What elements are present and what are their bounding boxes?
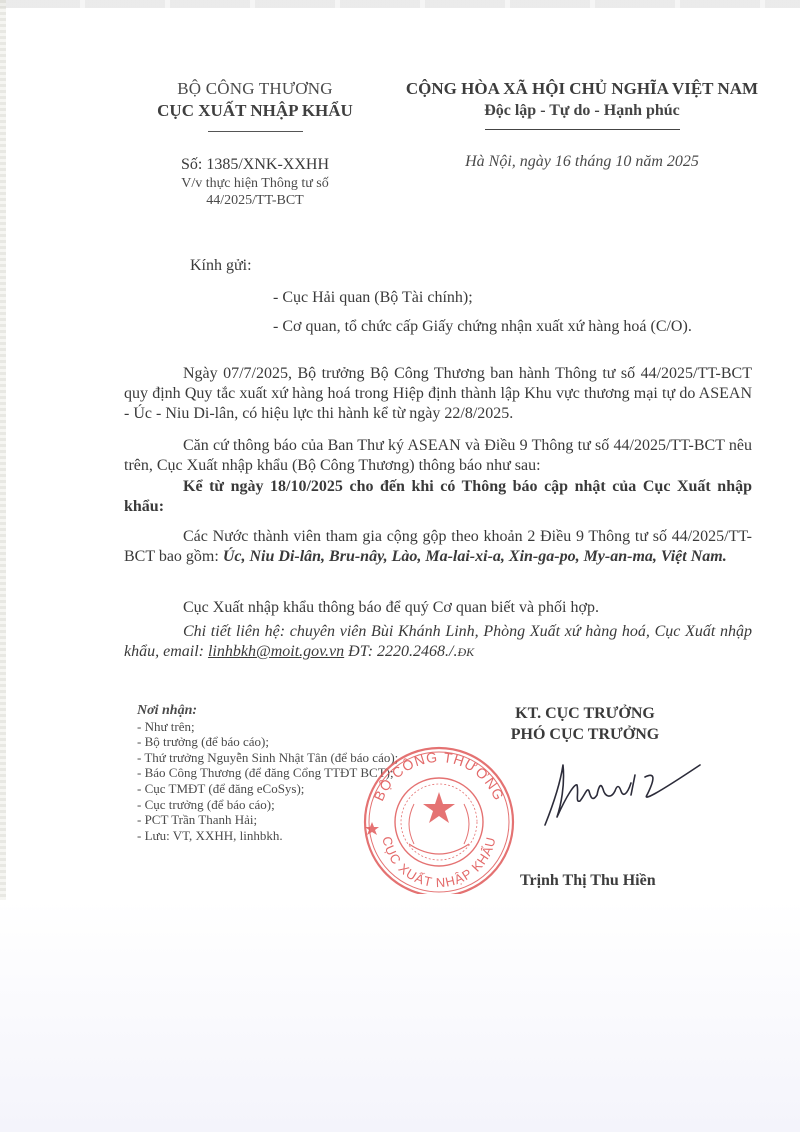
page-bottom bbox=[0, 900, 800, 1132]
document-number: Số: 1385/XNK-XXHH bbox=[130, 155, 380, 175]
paragraph-2: Căn cứ thông báo của Ban Thư ký ASEAN và… bbox=[124, 436, 752, 476]
contact-phone: ĐT: 2220.2468./. bbox=[344, 643, 457, 660]
initials-mark: ĐK bbox=[458, 645, 475, 659]
national-header: CỘNG HÒA XÃ HỘI CHỦ NGHĨA VIỆT NAM Độc l… bbox=[372, 78, 792, 171]
issuer-divider bbox=[208, 131, 303, 132]
republic-name: CỘNG HÒA XÃ HỘI CHỦ NGHĨA VIỆT NAM bbox=[372, 78, 792, 100]
contact-paragraph: Chi tiết liên hệ: chuyên viên Bùi Khánh … bbox=[124, 622, 752, 662]
paragraph-3: Kể từ ngày 18/10/2025 cho đến khi có Thô… bbox=[124, 477, 752, 517]
paragraph-1: Ngày 07/7/2025, Bộ trưởng Bộ Công Thương… bbox=[124, 364, 752, 424]
national-motto: Độc lập - Tự do - Hạnh phúc bbox=[372, 100, 792, 121]
greeting: Kính gửi: bbox=[190, 257, 252, 275]
department-name: CỤC XUẤT NHẬP KHẨU bbox=[130, 100, 380, 122]
recipient-item: - Cơ quan, tổ chức cấp Giấy chứng nhận x… bbox=[273, 318, 692, 336]
place-date: Hà Nội, ngày 16 tháng 10 năm 2025 bbox=[372, 153, 792, 171]
signature-block: KT. CỤC TRƯỞNG PHÓ CỤC TRƯỞNG bbox=[470, 703, 700, 745]
ministry-name: BỘ CÔNG THƯƠNG bbox=[130, 78, 380, 100]
scan-edge-top bbox=[0, 0, 800, 8]
recipient-item: - Cục Hải quan (Bộ Tài chính); bbox=[273, 289, 473, 307]
handwritten-signature-icon bbox=[535, 755, 705, 830]
signatory-title-2: PHÓ CỤC TRƯỞNG bbox=[470, 724, 700, 745]
official-stamp-icon: BỘ CÔNG THƯƠNG CỤC XUẤT NHẬP KHẨU bbox=[354, 744, 524, 894]
signatory-name: Trịnh Thị Thu Hiền bbox=[520, 872, 656, 890]
contact-email-link[interactable]: linhbkh@moit.gov.vn bbox=[208, 643, 344, 660]
subject-line-2: 44/2025/TT-BCT bbox=[130, 192, 380, 209]
paragraph-5: Cục Xuất nhập khẩu thông báo để quý Cơ q… bbox=[124, 598, 752, 618]
member-countries: Úc, Niu Di-lân, Bru-nây, Lào, Ma-lai-xi-… bbox=[223, 548, 727, 565]
distribution-item: - Như trên; bbox=[137, 719, 398, 735]
motto-divider bbox=[485, 129, 680, 130]
paragraph-4: Các Nước thành viên tham gia cộng gộp th… bbox=[124, 527, 752, 567]
distribution-title: Nơi nhận: bbox=[137, 703, 398, 719]
issuer-block: BỘ CÔNG THƯƠNG CỤC XUẤT NHẬP KHẨU Số: 13… bbox=[130, 78, 380, 209]
subject-line-1: V/v thực hiện Thông tư số bbox=[130, 175, 380, 192]
signatory-title-1: KT. CỤC TRƯỞNG bbox=[470, 703, 700, 724]
